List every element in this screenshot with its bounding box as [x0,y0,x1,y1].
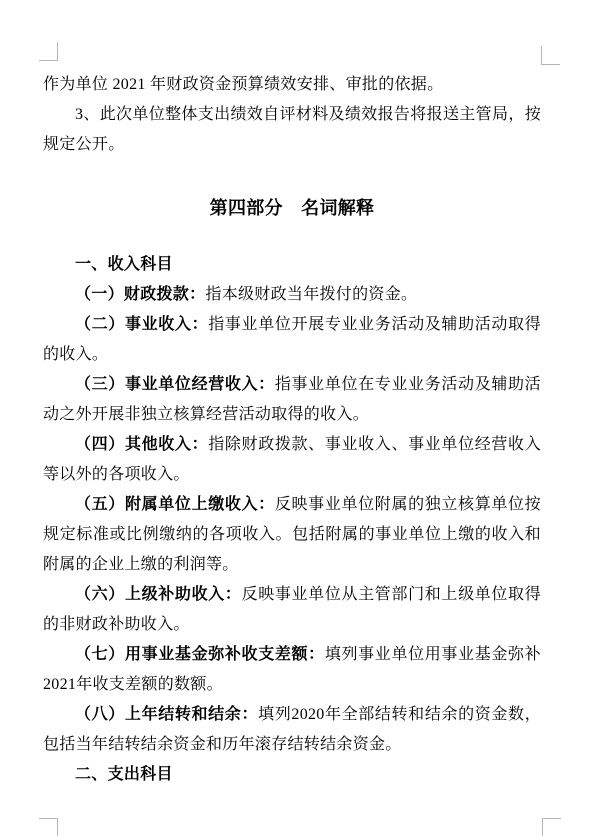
margin-crop-mark-bottom-right [542,818,561,836]
definition-item: （二）事业收入：指事业单位开展专业业务活动及辅助活动取得的收入。 [43,310,541,370]
part-four-heading: 第四部分 名词解释 [43,190,541,226]
margin-crop-mark-top-left [39,42,58,61]
definition-item: （七）用事业基金弥补收支差额：填列事业单位用事业基金弥补2021年收支差额的数额… [43,640,541,700]
margin-crop-mark-bottom-left [39,818,58,836]
definition-item: （八）上年结转和结余：填列2020年全部结转和结余的资金数，包括当年结转结余资金… [43,700,541,760]
definition-term: （一）财政拨款： [75,286,205,303]
definition-term: （四）其他收入： [75,436,208,453]
income-section-title: 一、收入科目 [43,250,541,280]
document-body: 作为单位 2021 年财政资金预算绩效安排、审批的依据。 3、此次单位整体支出绩… [43,70,541,790]
document-page: 作为单位 2021 年财政资金预算绩效安排、审批的依据。 3、此次单位整体支出绩… [0,0,589,836]
definition-item: （三）事业单位经营收入：指事业单位在专业业务活动及辅助活动之外开展非独立核算经营… [43,370,541,430]
definition-item: （六）上级补助收入：反映事业单位从主管部门和上级单位取得的非财政补助收入。 [43,580,541,640]
definition-term: （六）上级补助收入： [75,586,242,603]
definition-term: （二）事业收入： [75,316,208,333]
carryover-paragraph-line: 作为单位 2021 年财政资金预算绩效安排、审批的依据。 [43,70,541,100]
definition-item: （五）附属单位上缴收入：反映事业单位附属的独立核算单位按规定标准或比例缴纳的各项… [43,490,541,580]
margin-crop-mark-top-right [541,46,560,65]
definition-text: 指本级财政当年拨付的资金。 [205,286,417,303]
definition-term: （五）附属单位上缴收入： [75,496,275,513]
definition-item: （一）财政拨款：指本级财政当年拨付的资金。 [43,280,541,310]
definition-term: （七）用事业基金弥补收支差额： [75,646,325,663]
disclosure-paragraph: 3、此次单位整体支出绩效自评材料及绩效报告将报送主管局，按规定公开。 [43,100,541,160]
definition-term: （三）事业单位经营收入： [75,376,275,393]
expense-section-title: 二、支出科目 [43,760,541,790]
definition-item: （四）其他收入：指除财政拨款、事业收入、事业单位经营收入等以外的各项收入。 [43,430,541,490]
definition-term: （八）上年结转和结余： [75,706,258,723]
